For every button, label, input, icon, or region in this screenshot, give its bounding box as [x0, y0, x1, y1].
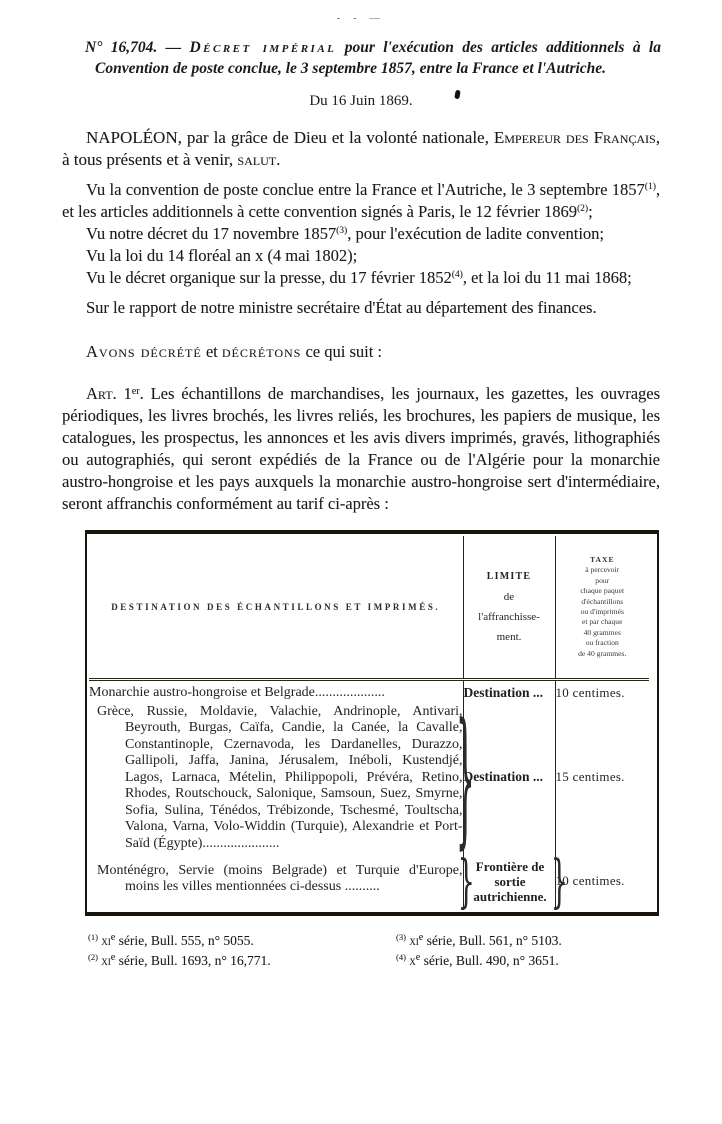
limite-value: Destination ...	[464, 769, 544, 784]
footnote-3-series: xi	[409, 933, 419, 948]
tariff-table-frame: DESTINATION DES ÉCHANTILLONS ET IMPRIMÉS…	[85, 530, 659, 916]
vu4-text-a: Vu le décret organique sur la presse, du…	[86, 268, 452, 287]
rapport-text: Sur le rapport de notre ministre secréta…	[86, 298, 597, 317]
taxe-line-4: chaque paquet	[556, 586, 650, 596]
limite-line-4: ment.	[464, 627, 555, 647]
vu2-text-a: Vu notre décret du 17 novembre 1857	[86, 224, 336, 243]
preamble-napoleon: NAPOLÉON, par la grâce de Dieu et la vol…	[86, 128, 494, 147]
decretons: décrétons	[222, 342, 301, 361]
footnote-ref-1: (1)	[645, 182, 656, 192]
vu-paragraph-3: Vu la loi du 14 floréal an x (4 mai 1802…	[62, 245, 660, 267]
footnote-ref-4: (4)	[452, 270, 463, 280]
footnote-4-marker: (4)	[396, 952, 406, 962]
rapport-paragraph: Sur le rapport de notre ministre secréta…	[62, 297, 660, 319]
table-row: Grèce, Russie, Moldavie, Valachie, Andri…	[89, 702, 649, 853]
taxe-cell: 15 centimes.	[555, 702, 649, 853]
taxe-line-6: ou d'imprimés	[556, 607, 650, 617]
limite-cell: }Frontière de sortie autrichienne.	[463, 852, 555, 910]
header-taxe: TAXE à percevoir pour chaque paquet d'éc…	[555, 536, 649, 680]
tariff-table: DESTINATION DES ÉCHANTILLONS ET IMPRIMÉS…	[89, 536, 649, 910]
destination-cell: Monténégro, Servie (moins Belgrade) et T…	[89, 852, 463, 910]
footnote-4: (4) xe série, Bull. 490, n° 3651.	[396, 951, 562, 971]
decree-suit: ce qui suit :	[301, 342, 382, 361]
footnotes-block: (1) xie série, Bull. 555, n° 5055. (2) x…	[88, 931, 660, 971]
footnote-1-series: xi	[101, 933, 111, 948]
footnote-ref-2: (2)	[577, 204, 588, 214]
vu4-text-b: , et la loi du 11 mai 1868;	[463, 268, 632, 287]
title-separator: —	[157, 39, 189, 56]
taxe-line-9: ou fraction	[556, 638, 650, 648]
decree-enactment-line: Avons décrété et décrétons ce qui suit :	[62, 341, 660, 363]
vu-paragraph-2: Vu notre décret du 17 novembre 1857(3), …	[62, 223, 660, 245]
table-row: Monténégro, Servie (moins Belgrade) et T…	[89, 852, 649, 910]
destination-cell: Grèce, Russie, Moldavie, Valachie, Andri…	[89, 702, 463, 853]
taxe-cell: }10 centimes.	[555, 852, 649, 910]
taxe-line-8: 40 grammes	[556, 628, 650, 638]
footnote-1-marker: (1)	[88, 932, 98, 942]
table-header-row: DESTINATION DES ÉCHANTILLONS ET IMPRIMÉS…	[89, 536, 649, 680]
limite-value: Destination ...	[464, 685, 544, 700]
article-number: 1	[117, 384, 132, 403]
table-row: Monarchie austro-hongroise et Belgrade..…	[89, 680, 649, 702]
article-text: Les échantillons de marchandises, les jo…	[62, 384, 660, 513]
limite-value: Frontière de sortie autrichienne.	[473, 859, 546, 904]
footnote-4-text: série, Bull. 490, n° 3651.	[420, 953, 559, 968]
taxe-line-3: pour	[556, 576, 650, 586]
limite-line-2: de	[464, 587, 555, 607]
preamble-empereur: Empereur des Français	[494, 128, 656, 147]
limite-cell: }Destination ...	[463, 702, 555, 853]
vu-paragraph-1: Vu la convention de poste conclue entre …	[62, 179, 660, 223]
footnote-2-marker: (2)	[88, 952, 98, 962]
article-ordinal: er	[132, 386, 140, 397]
limite-line-1: LIMITE	[464, 567, 555, 587]
preamble-end: .	[276, 150, 280, 169]
preamble-paragraph: NAPOLÉON, par la grâce de Dieu et la vol…	[62, 127, 660, 171]
footnotes-right-column: (3) xie série, Bull. 561, n° 5103. (4) x…	[396, 931, 562, 971]
taxe-line-2: à percevoir	[556, 565, 650, 575]
taxe-line-10: de 40 grammes.	[556, 649, 650, 659]
header-limite: LIMITE de l'affranchisse- ment.	[463, 536, 555, 680]
header-destination-label: DESTINATION DES ÉCHANTILLONS ET IMPRIMÉS…	[89, 602, 463, 612]
footnote-3-marker: (3)	[396, 932, 406, 942]
footnote-3-text: série, Bull. 561, n° 5103.	[423, 933, 562, 948]
vu1-text-c: ;	[588, 202, 593, 221]
footnote-ref-3: (3)	[336, 226, 347, 236]
footnote-1: (1) xie série, Bull. 555, n° 5055.	[88, 931, 396, 951]
taxe-cell: 10 centimes.	[555, 680, 649, 702]
footnotes-left-column: (1) xie série, Bull. 555, n° 5055. (2) x…	[88, 931, 396, 971]
article-dot: .	[140, 384, 151, 403]
decree-date: Du 16 Juin 1869.	[62, 92, 660, 111]
page-top-mark: - - —	[62, 12, 660, 28]
footnote-1-text: série, Bull. 555, n° 5055.	[115, 933, 254, 948]
footnote-2-text: série, Bull. 1693, n° 16,771.	[115, 953, 270, 968]
limite-cell: Destination ...	[463, 680, 555, 702]
decree-title: N° 16,704. — Décret impérial pour l'exéc…	[95, 37, 661, 79]
scanned-decree-page: - - — N° 16,704. — Décret impérial pour …	[0, 0, 722, 1124]
destination-cell: Monarchie austro-hongroise et Belgrade..…	[89, 680, 463, 702]
limite-line-3: l'affranchisse-	[464, 607, 555, 627]
preamble-salut: salut	[237, 150, 276, 169]
header-destination: DESTINATION DES ÉCHANTILLONS ET IMPRIMÉS…	[89, 536, 463, 680]
vu3-text: Vu la loi du 14 floréal an x (4 mai 1802…	[86, 246, 357, 265]
page-content: - - — N° 16,704. — Décret impérial pour …	[0, 0, 722, 971]
vu2-text-b: , pour l'exécution de ladite convention;	[347, 224, 604, 243]
avons-decrete: Avons décrété	[86, 342, 202, 361]
taxe-line-5: d'échantillons	[556, 597, 650, 607]
taxe-line-7: et par chaque	[556, 617, 650, 627]
article-1-paragraph: Art. 1er. Les échantillons de marchandis…	[62, 383, 660, 515]
decree-type-label: Décret impérial	[189, 39, 336, 56]
footnote-2: (2) xie série, Bull. 1693, n° 16,771.	[88, 951, 396, 971]
taxe-line-1: TAXE	[556, 555, 650, 565]
article-label: Art.	[86, 384, 117, 403]
vu1-text-a: Vu la convention de poste conclue entre …	[86, 180, 645, 199]
footnote-2-series: xi	[101, 953, 111, 968]
decree-number: N° 16,704.	[85, 39, 157, 56]
decree-et: et	[202, 342, 222, 361]
footnote-3: (3) xie série, Bull. 561, n° 5103.	[396, 931, 562, 951]
vu-paragraph-4: Vu le décret organique sur la presse, du…	[62, 267, 660, 289]
taxe-value: 10 centimes.	[556, 873, 625, 888]
